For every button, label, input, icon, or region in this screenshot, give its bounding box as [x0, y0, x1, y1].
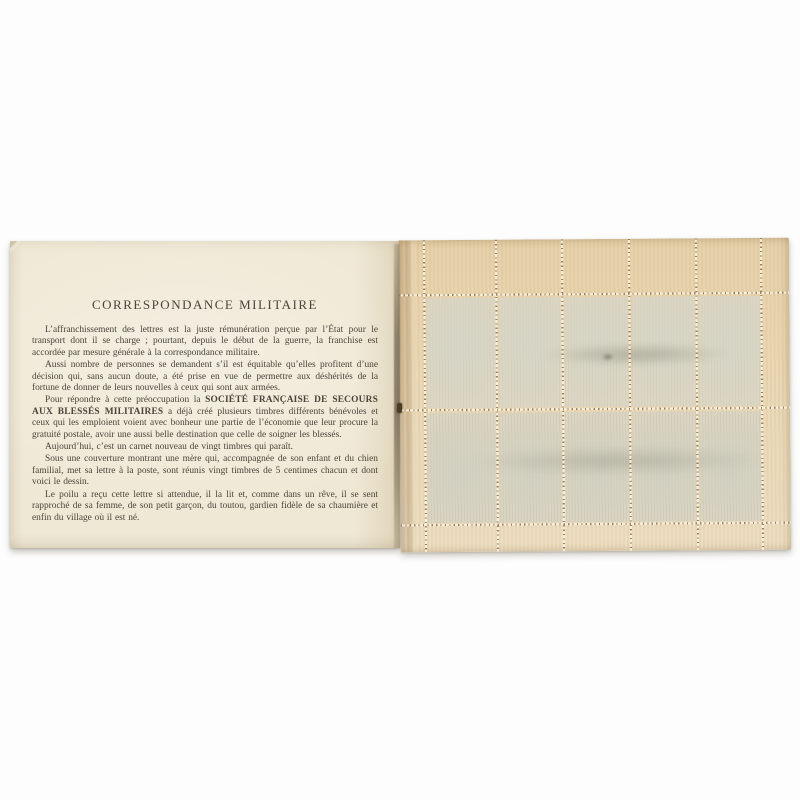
booklet: CORRESPONDANCE MILITAIRE L’affranchissem… [10, 237, 790, 557]
paragraph: Aussi nombre de personnes se demandent s… [32, 360, 378, 394]
stamp-back [564, 297, 629, 407]
stamp-back [698, 296, 761, 406]
photo-background: CORRESPONDANCE MILITAIRE L’affranchissem… [0, 0, 800, 800]
text-run: Aussi nombre de personnes se demandent s… [32, 360, 378, 393]
left-page: CORRESPONDANCE MILITAIRE L’affranchissem… [10, 241, 400, 548]
left-page-content: CORRESPONDANCE MILITAIRE L’affranchissem… [10, 241, 400, 548]
stamp-back [631, 296, 696, 406]
paragraph: Le poilu a reçu cette lettre si attendue… [32, 490, 378, 524]
stamp-back [426, 298, 496, 408]
text-run: L’affranchissement des lettres est la ju… [32, 325, 378, 358]
text-run: Aujourd’hui, c’est un carnet nouveau de … [45, 442, 293, 452]
booklet-spine [394, 244, 400, 548]
paragraph: Sous une couverture montrant une mère qu… [32, 454, 378, 488]
stamp-sheet [399, 238, 791, 553]
text-run: Le poilu a reçu cette lettre si attendue… [32, 490, 378, 523]
paragraph: Aujourd’hui, c’est un carnet nouveau de … [32, 442, 378, 453]
paragraph: L’affranchissement des lettres est la ju… [32, 325, 378, 359]
stamp-back [499, 412, 563, 522]
stamp-back [565, 412, 630, 522]
page-title: CORRESPONDANCE MILITAIRE [32, 297, 378, 313]
stamp-back [498, 297, 562, 407]
page-paragraphs: L’affranchissement des lettres est la ju… [32, 325, 378, 524]
stamp-back [427, 413, 497, 523]
stamp-back [632, 411, 697, 521]
right-page [399, 238, 791, 553]
stamp-back [699, 411, 762, 521]
text-run: Sous une couverture montrant une mère qu… [32, 454, 378, 487]
paper-crease [406, 240, 419, 552]
staple [397, 403, 402, 413]
paragraph: Pour répondre à cette préoccupation la S… [32, 395, 378, 441]
text-run: Pour répondre à cette préoccupation la [45, 395, 205, 405]
